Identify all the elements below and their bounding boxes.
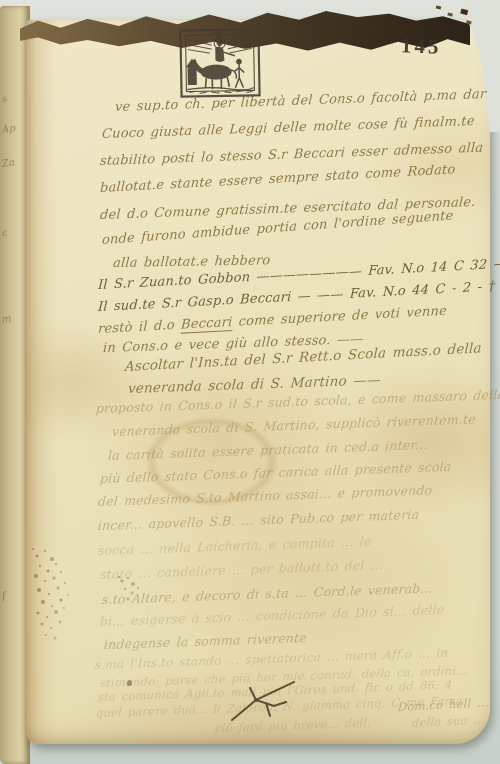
spine-script-fragment: Za (1, 157, 15, 170)
spine-script-fragment: s (1, 94, 8, 106)
manuscript-photo: sApZacmf 145 (0, 0, 500, 764)
ink-blot-mark (222, 676, 322, 726)
folio-number: 145 (401, 33, 442, 59)
foxing-speckles (118, 576, 120, 578)
ink-speck (127, 680, 132, 686)
spine-script-fragment: Ap (1, 123, 16, 136)
paper-debris (436, 5, 442, 9)
spine-script-fragment: f (1, 591, 6, 602)
manuscript-line: alla ballotat.e hebbero (112, 253, 271, 271)
foxing-speckles (32, 548, 34, 550)
spine-script-fragment: c (1, 228, 8, 240)
saint-martin-woodcut-stamp (178, 27, 261, 98)
spine-script-fragment: m (1, 313, 12, 325)
